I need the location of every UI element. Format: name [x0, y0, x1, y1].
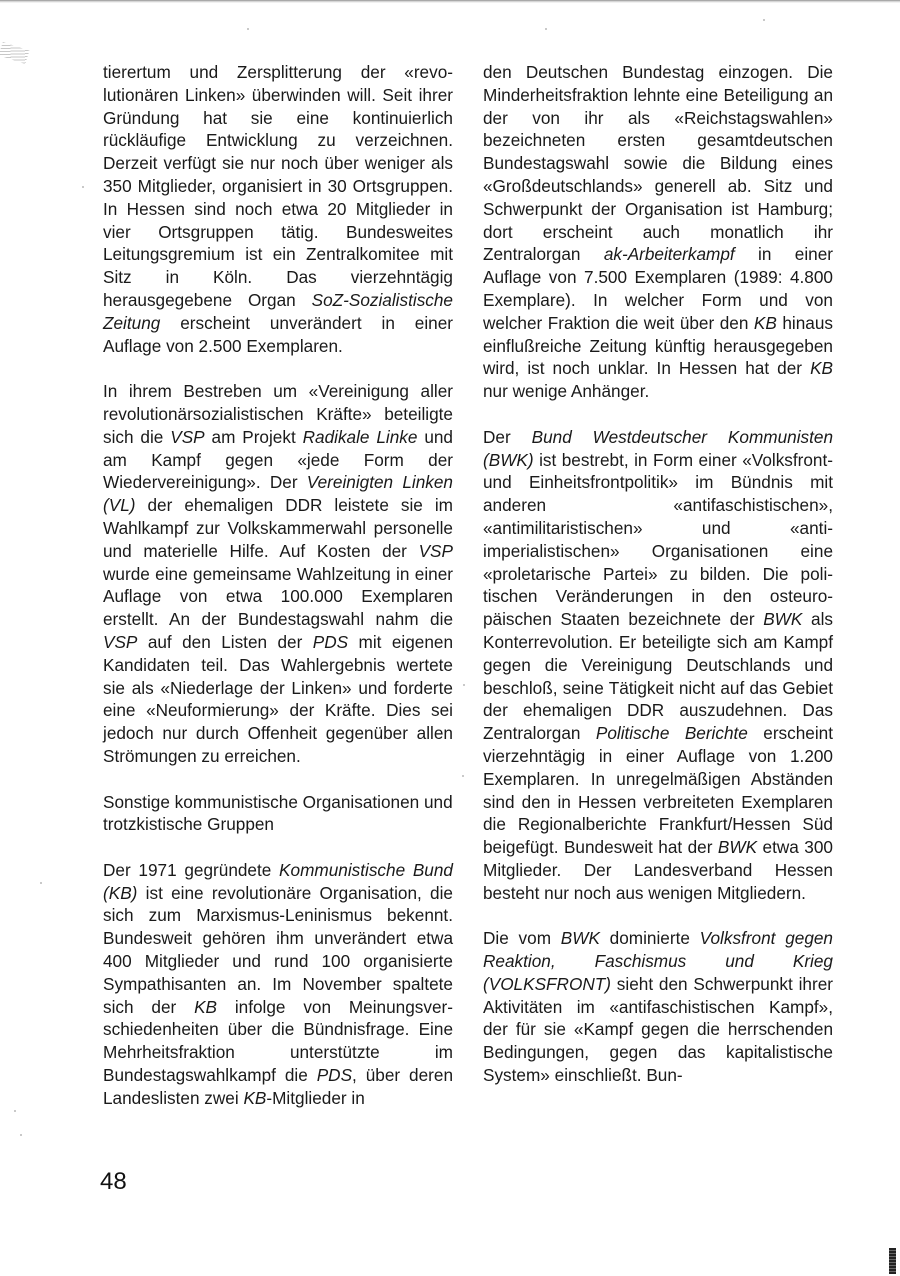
section-heading: Sonstige kommunistische Organisatio­nen …	[103, 791, 453, 837]
scan-speck	[545, 28, 547, 30]
paragraph-vsp: In ihrem Bestreben um «Vereinigung aller…	[103, 380, 453, 768]
scan-speck	[40, 882, 42, 884]
scan-speck	[247, 28, 249, 30]
scan-edge-mark	[889, 1248, 896, 1274]
scan-top-edge	[0, 0, 900, 3]
scan-speck	[14, 1110, 16, 1112]
scan-speck	[763, 19, 765, 21]
paragraph-kb: Der 1971 gegründete Kommunistische Bund …	[103, 859, 453, 1110]
paragraph-volksfront: Die vom BWK dominierte Volksfront gegen …	[483, 927, 833, 1087]
scan-speck	[463, 684, 465, 686]
scan-speck	[20, 1134, 22, 1136]
scan-artifact	[0, 42, 29, 64]
scan-speck	[462, 775, 464, 777]
page-number: 48	[100, 1168, 127, 1196]
paragraph-kb-continued: den Deutschen Bundestag einzogen. Die Mi…	[483, 61, 833, 403]
scan-speck	[82, 186, 84, 188]
right-column: den Deutschen Bundestag einzogen. Die Mi…	[483, 61, 833, 1110]
paragraph-bwk: Der Bund Westdeutscher Kommunisten (BWK)…	[483, 426, 833, 905]
left-column: tierertum und Zersplitterung der «revo­l…	[103, 61, 453, 1132]
paragraph-soz: tierertum und Zersplitterung der «revo­l…	[103, 61, 453, 357]
